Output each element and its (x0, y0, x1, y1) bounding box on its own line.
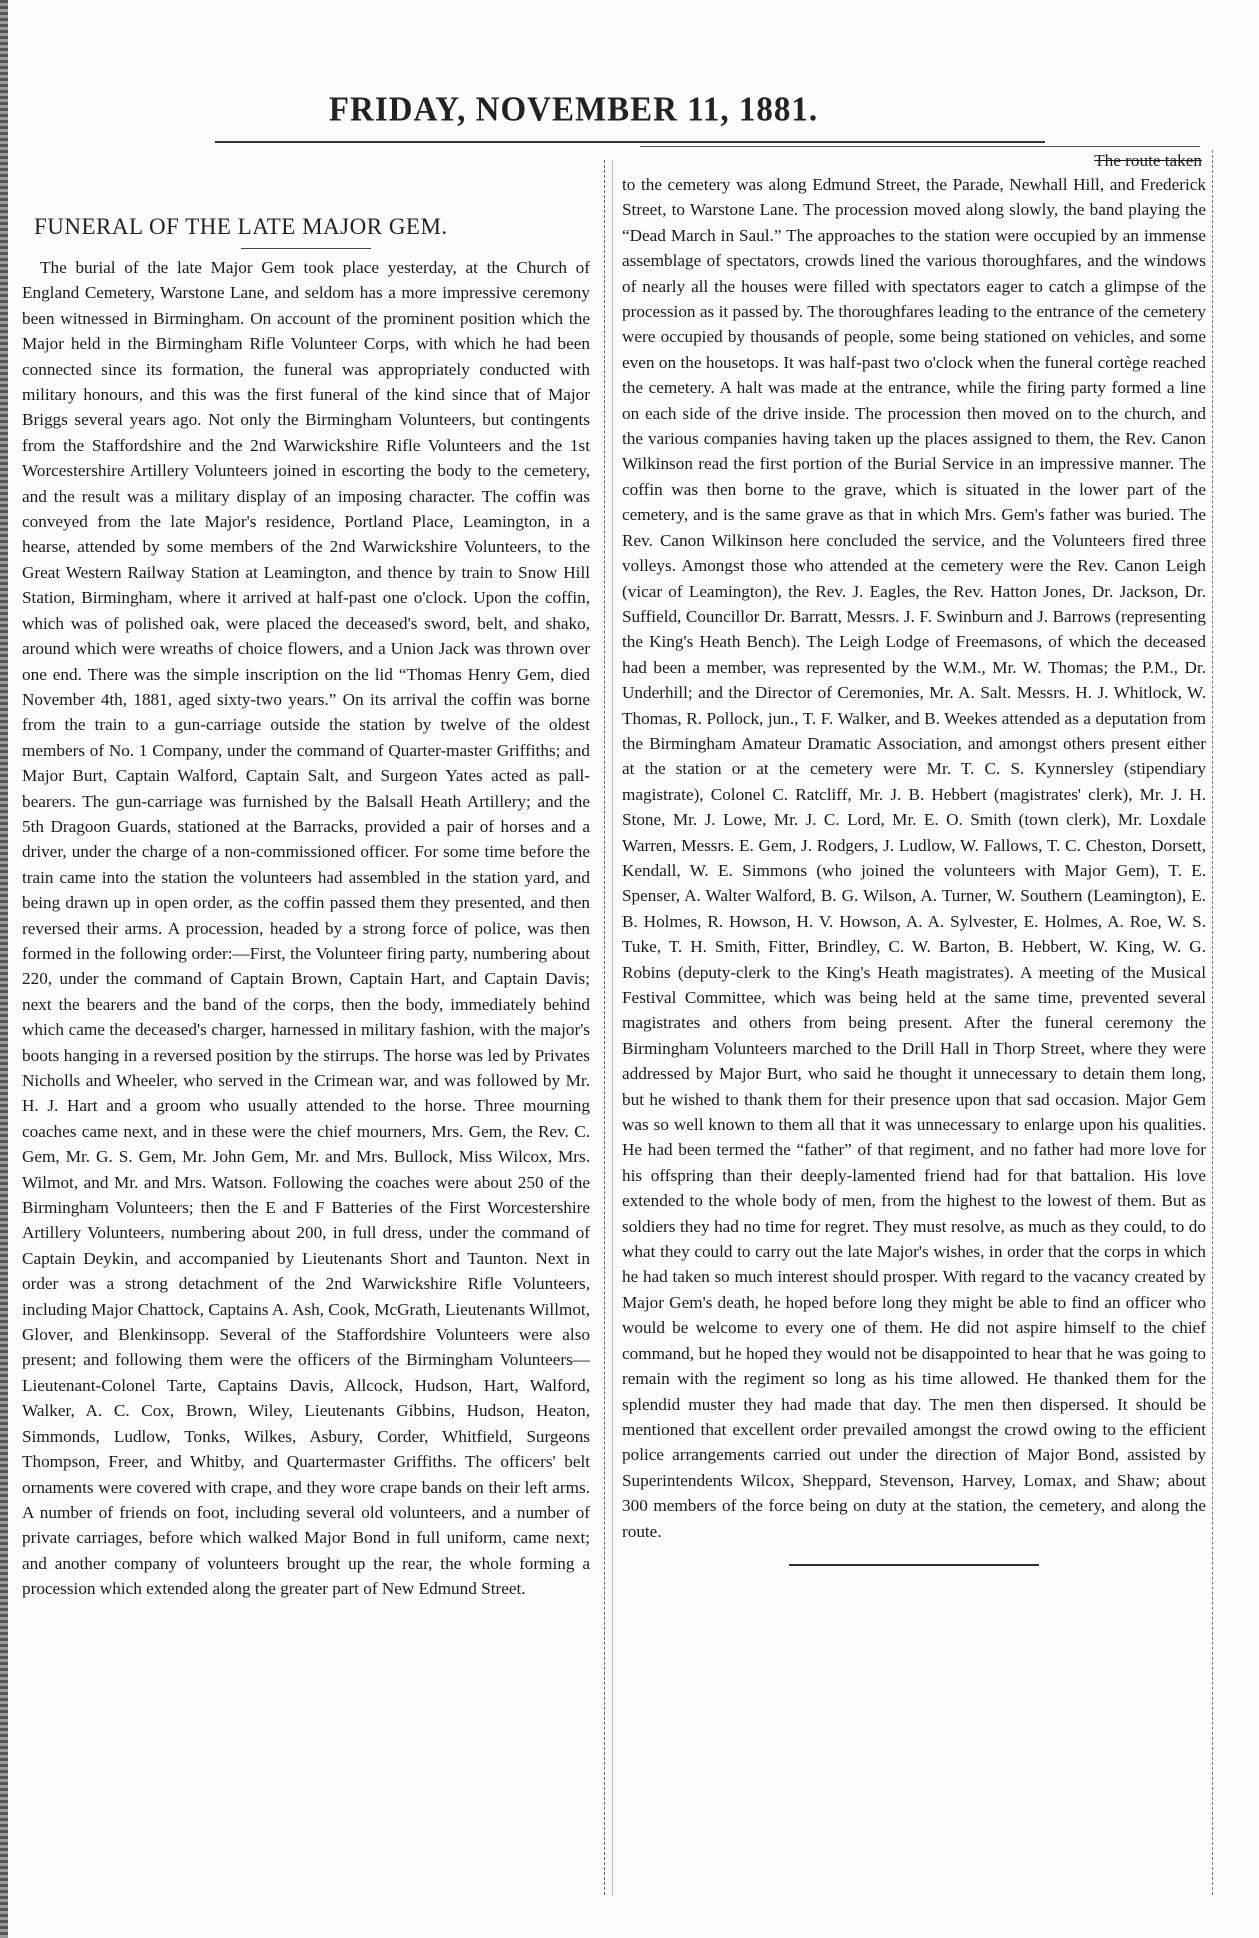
article-paragraph-continued: to the cemetery was along Edmund Street,… (622, 172, 1206, 1544)
paragraph-lead-in: The route taken (622, 150, 1206, 172)
scan-left-edge (0, 0, 8, 1938)
issue-date: FRIDAY, NOVEMBER 11, 1881. (329, 91, 818, 129)
masthead-rule-secondary (640, 146, 1200, 147)
column-divider (604, 160, 605, 1895)
article-headline: FUNERAL OF THE LATE MAJOR GEM. (34, 212, 590, 242)
article-right-column: The route taken to the cemetery was alon… (622, 150, 1206, 1566)
masthead-date: FRIDAY, NOVEMBER 11, 1881. (0, 91, 1259, 130)
headline-rule (241, 248, 371, 249)
article-left-column: FUNERAL OF THE LATE MAJOR GEM. The buria… (22, 212, 590, 1602)
masthead-rule (215, 141, 1045, 143)
column-right-border (1212, 150, 1213, 1895)
article-paragraph: The burial of the late Major Gem took pl… (22, 255, 590, 1602)
article-end-rule (789, 1564, 1039, 1566)
column-divider-inner (612, 160, 613, 1895)
